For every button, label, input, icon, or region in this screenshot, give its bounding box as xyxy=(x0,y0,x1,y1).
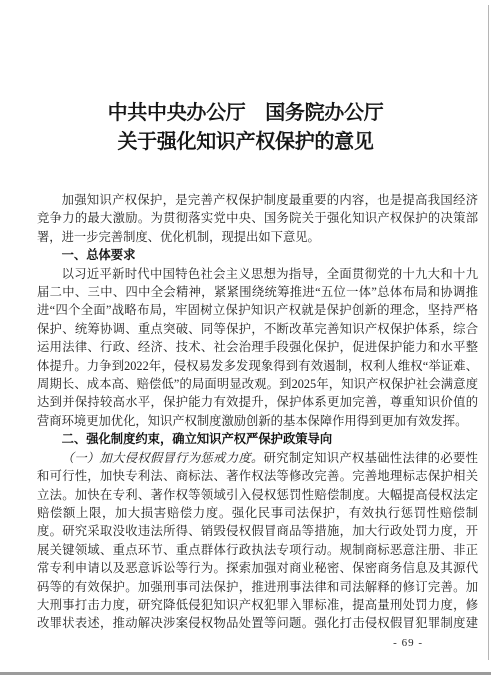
page-number: - 69 - xyxy=(393,637,423,649)
page-right-edge-line xyxy=(488,5,489,660)
title-line-2: 关于强化知识产权保护的意见 xyxy=(0,128,491,157)
section-heading-1: 一、总体要求 xyxy=(37,246,478,264)
clause-lead: （一）加大侵权假冒行为惩戒力度。 xyxy=(62,451,264,465)
paragraph-intro: 加强知识产权保护，是完善产权保护制度最重要的内容，也是提高我国经济竞争力的最大激… xyxy=(37,191,478,246)
title-line-1: 中共中央办公厅 国务院办公厅 xyxy=(0,99,491,128)
page-bottom-edge-shadow xyxy=(0,672,491,675)
document-body: 加强知识产权保护，是完善产权保护制度最重要的内容，也是提高我国经济竞争力的最大激… xyxy=(37,191,478,633)
document-title: 中共中央办公厅 国务院办公厅 关于强化知识产权保护的意见 xyxy=(0,99,491,156)
paragraph-clause-1: （一）加大侵权假冒行为惩戒力度。研究制定知识产权基础性法律的必要性和可行性，加快… xyxy=(37,449,478,633)
section-heading-2: 二、强化制度约束，确立知识产权严保护政策导向 xyxy=(37,430,478,448)
scanned-document-page: 中共中央办公厅 国务院办公厅 关于强化知识产权保护的意见 加强知识产权保护，是完… xyxy=(0,0,491,681)
paragraph-general-requirements: 以习近平新时代中国特色社会主义思想为指导，全面贯彻党的十九大和十九届二中、三中、… xyxy=(37,265,478,431)
clause-text: 研究制定知识产权基础性法律的必要性和可行性，加快专利法、商标法、著作权法等修改完… xyxy=(37,451,478,633)
